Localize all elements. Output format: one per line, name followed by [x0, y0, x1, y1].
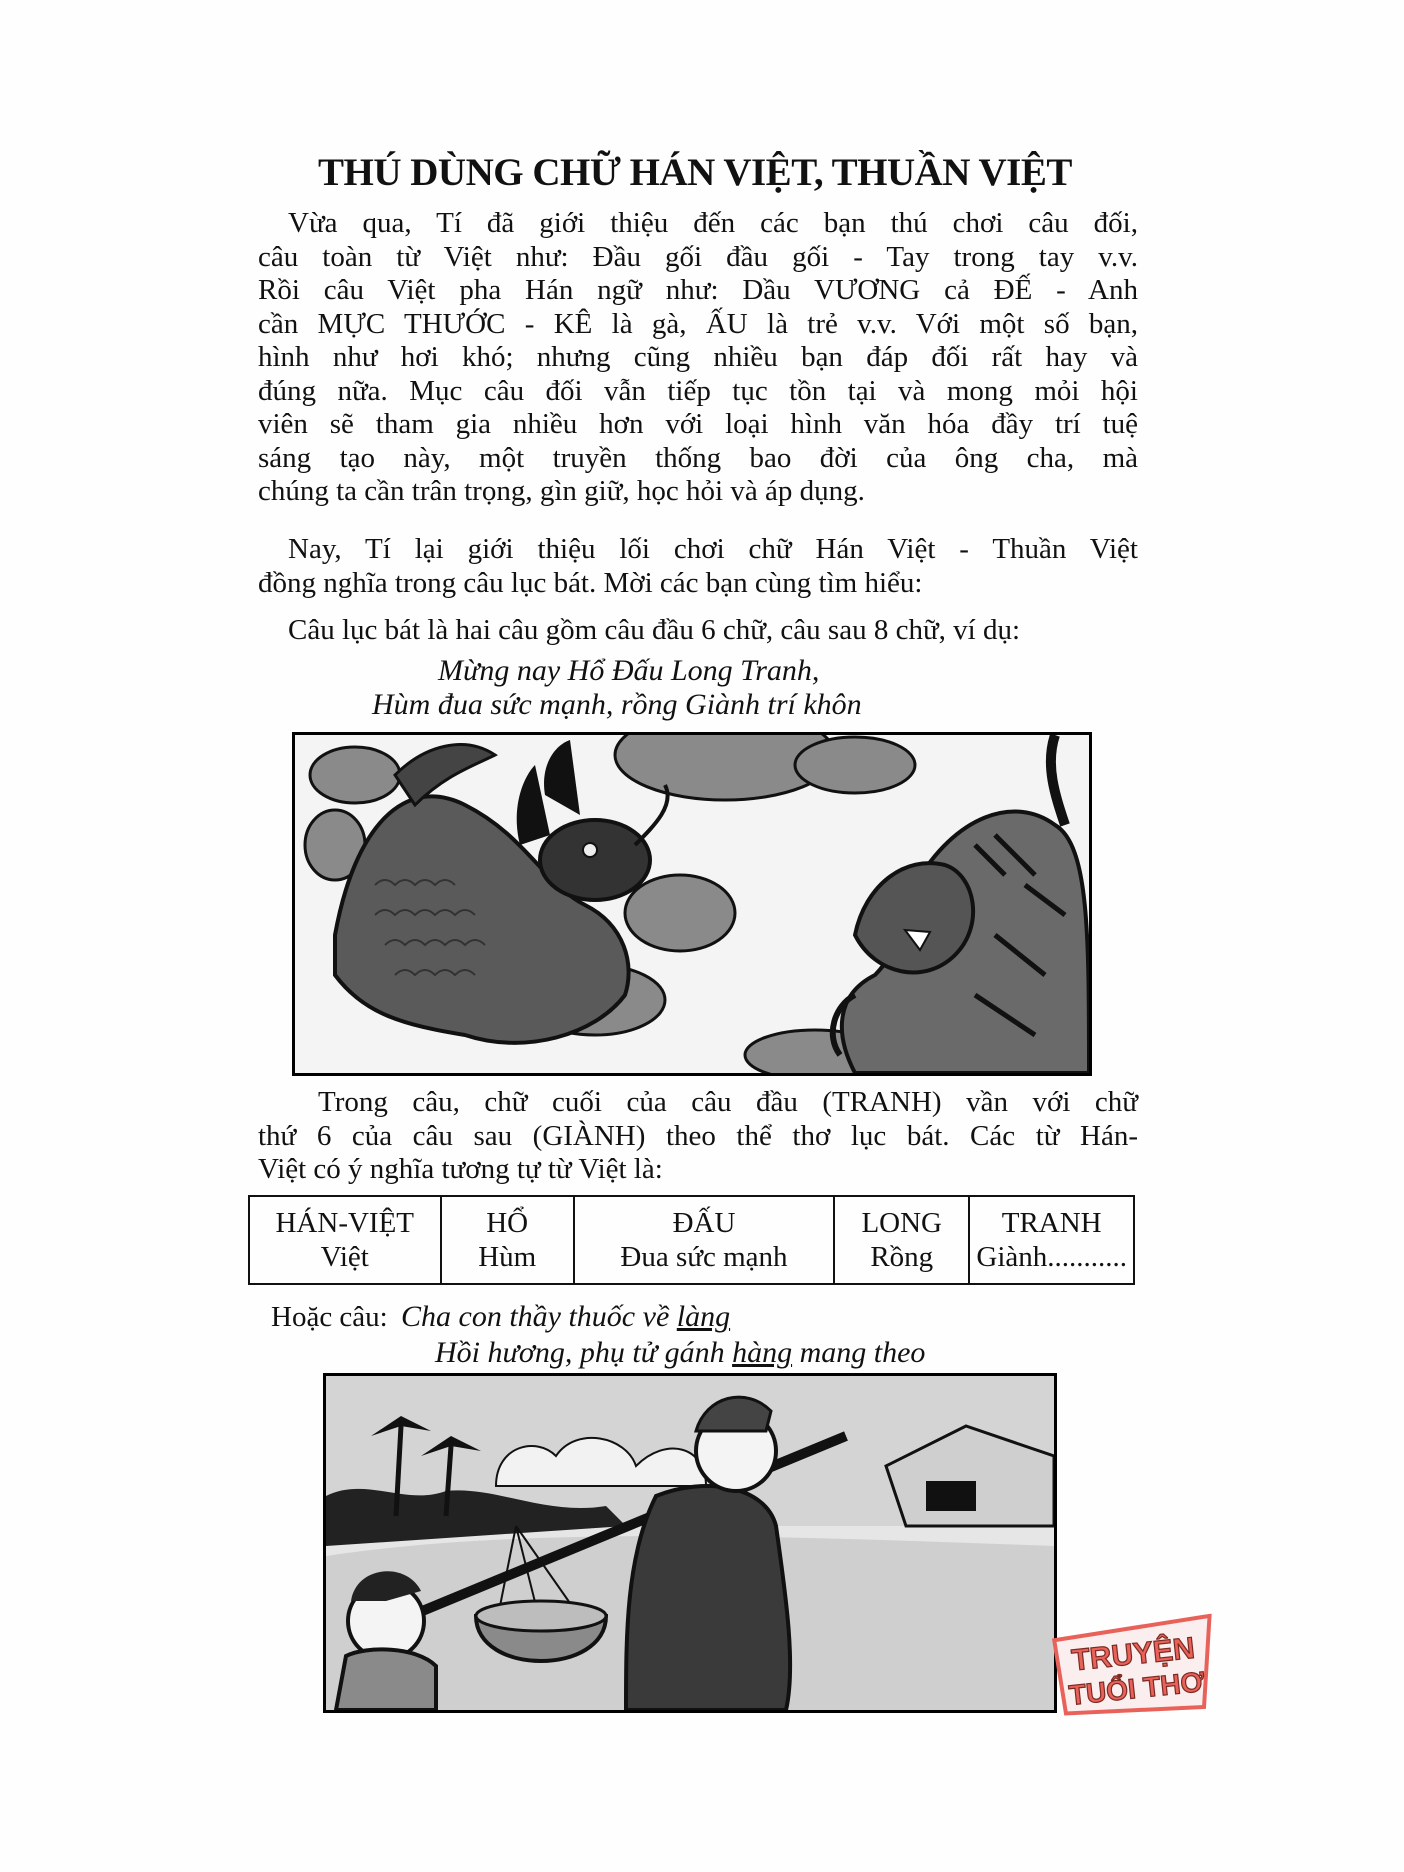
viet-word: Rồng: [841, 1240, 962, 1274]
verse2-line2-end: mang theo: [792, 1336, 925, 1369]
han-viet-word: HỔ: [448, 1206, 567, 1240]
text-line: Việt có ý nghĩa tương tự từ Việt là:: [258, 1153, 1138, 1187]
verse1-line2: Hùm đua sức mạnh, rồng Giành trí khôn: [372, 688, 862, 722]
verse2-intro: Hoặc câu:: [271, 1301, 388, 1333]
text-line: Nay, Tí lại giới thiệu lối chơi chữ Hán …: [258, 533, 1138, 567]
han-viet-word: TRANH: [976, 1206, 1127, 1240]
verse2-line1-text: Cha con thầy thuốc về: [401, 1300, 677, 1333]
document-page: THÚ DÙNG CHỮ HÁN VIỆT, THUẦN VIỆT Vừa qu…: [0, 0, 1404, 1872]
paragraph-introduce-game: Nay, Tí lại giới thiệu lối chơi chữ Hán …: [258, 533, 1138, 600]
truyen-tuoi-tho-logo: TRUYỆN TUỔI THƠ: [1045, 1613, 1225, 1730]
viet-word: Hùm: [448, 1240, 567, 1274]
text-line: viên sẽ tham gia nhiều hơn với loại hình…: [258, 408, 1138, 442]
viet-header: Việt: [256, 1240, 434, 1274]
text-line: Trong câu, chữ cuối của câu đầu (TRANH) …: [258, 1086, 1138, 1120]
illustration-dragon-tiger: [292, 732, 1092, 1076]
text-line: câu toàn từ Việt như: Đầu gối đầu gối - …: [258, 241, 1138, 275]
viet-word: Giành...........: [976, 1240, 1127, 1274]
verse2: Hoặc câu: Cha con thầy thuốc về làng: [271, 1300, 730, 1334]
vocabulary-table: HÁN-VIỆT Việt HỔ Hùm ĐẤU Đua sức mạnh LO…: [248, 1195, 1135, 1285]
viet-word: Đua sức mạnh: [581, 1240, 827, 1274]
paragraph-definition: Câu lục bát là hai câu gồm câu đầu 6 chữ…: [258, 614, 1138, 648]
text-line: đúng nữa. Mục câu đối vẫn tiếp tục tồn t…: [258, 375, 1138, 409]
text-line: thứ 6 của câu sau (GIÀNH) theo thể thơ l…: [258, 1120, 1138, 1154]
logo-badge: TRUYỆN TUỔI THƠ: [1045, 1613, 1225, 1730]
table-cell: LONG Rồng: [834, 1196, 969, 1284]
text-line: hình như hơi khó; nhưng cũng nhiều bạn đ…: [258, 341, 1138, 375]
table-cell: HÁN-VIỆT Việt: [249, 1196, 441, 1284]
text-line: sáng tạo này, một truyền thống bao đời c…: [258, 442, 1138, 476]
han-viet-word: LONG: [841, 1206, 962, 1240]
page-title: THÚ DÙNG CHỮ HÁN VIỆT, THUẦN VIỆT: [318, 150, 1098, 195]
text-line: Câu lục bát là hai câu gồm câu đầu 6 chữ…: [258, 614, 1138, 648]
table-cell: ĐẤU Đua sức mạnh: [574, 1196, 834, 1284]
han-viet-word: ĐẤU: [581, 1206, 827, 1240]
father-son-drawing: [326, 1376, 1054, 1710]
table-cell: TRANH Giành...........: [969, 1196, 1134, 1284]
text-line: đồng nghĩa trong câu lục bát. Mời các bạ…: [258, 567, 1138, 601]
text-line: Rồi câu Việt pha Hán ngữ như: Dầu VƯƠNG …: [258, 274, 1138, 308]
text-line: Vừa qua, Tí đã giới thiệu đến các bạn th…: [258, 207, 1138, 241]
illustration-father-son: [323, 1373, 1057, 1713]
verse2-line1: Cha con thầy thuốc về làng: [401, 1300, 730, 1333]
table-cell: HỔ Hùm: [441, 1196, 574, 1284]
text-line: chúng ta cần trân trọng, gìn giữ, học hỏ…: [258, 475, 1138, 509]
verse2-rhyme-word: hàng: [732, 1336, 792, 1369]
verse1-line1: Mừng nay Hổ Đấu Long Tranh,: [438, 654, 819, 688]
paragraph-intro: Vừa qua, Tí đã giới thiệu đến các bạn th…: [258, 207, 1138, 509]
paragraph-explanation: Trong câu, chữ cuối của câu đầu (TRANH) …: [258, 1086, 1138, 1187]
text-line: cần MỰC THƯỚC - KÊ là gà, ẤU là trẻ v.v.…: [258, 308, 1138, 342]
verse2-rhyme-word: làng: [677, 1300, 730, 1333]
han-viet-header: HÁN-VIỆT: [256, 1206, 434, 1240]
verse2-line2-text: Hồi hương, phụ tử gánh: [435, 1336, 732, 1369]
verse2-line2: Hồi hương, phụ tử gánh hàng mang theo: [435, 1336, 925, 1370]
dragon-tiger-drawing: [295, 735, 1089, 1073]
